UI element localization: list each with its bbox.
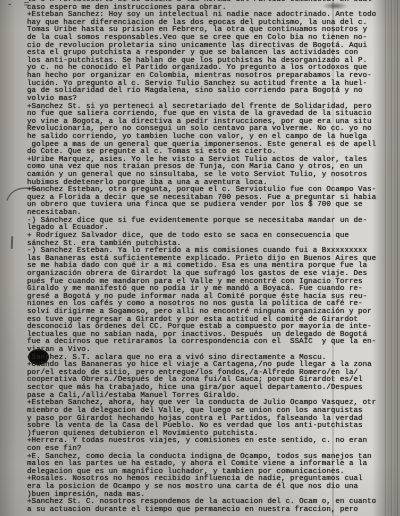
text-line: a su actuacion durante el tiempo que per… [27,507,393,515]
scanned-document-page: - = lo o n fortalecerlo si se atiene a l… [0,0,400,516]
typewritten-text: lo o n fortalecerlo si se atiene a las n… [27,0,393,514]
text-line: +Herrera. Y todas nuestros viajes, y com… [27,438,393,446]
margin-tick-mark [11,236,13,249]
text-line: ga de solidaridad del río Magdalena, sin… [27,88,393,96]
text-line: un obrero que tuviera una finca que se p… [27,202,393,210]
